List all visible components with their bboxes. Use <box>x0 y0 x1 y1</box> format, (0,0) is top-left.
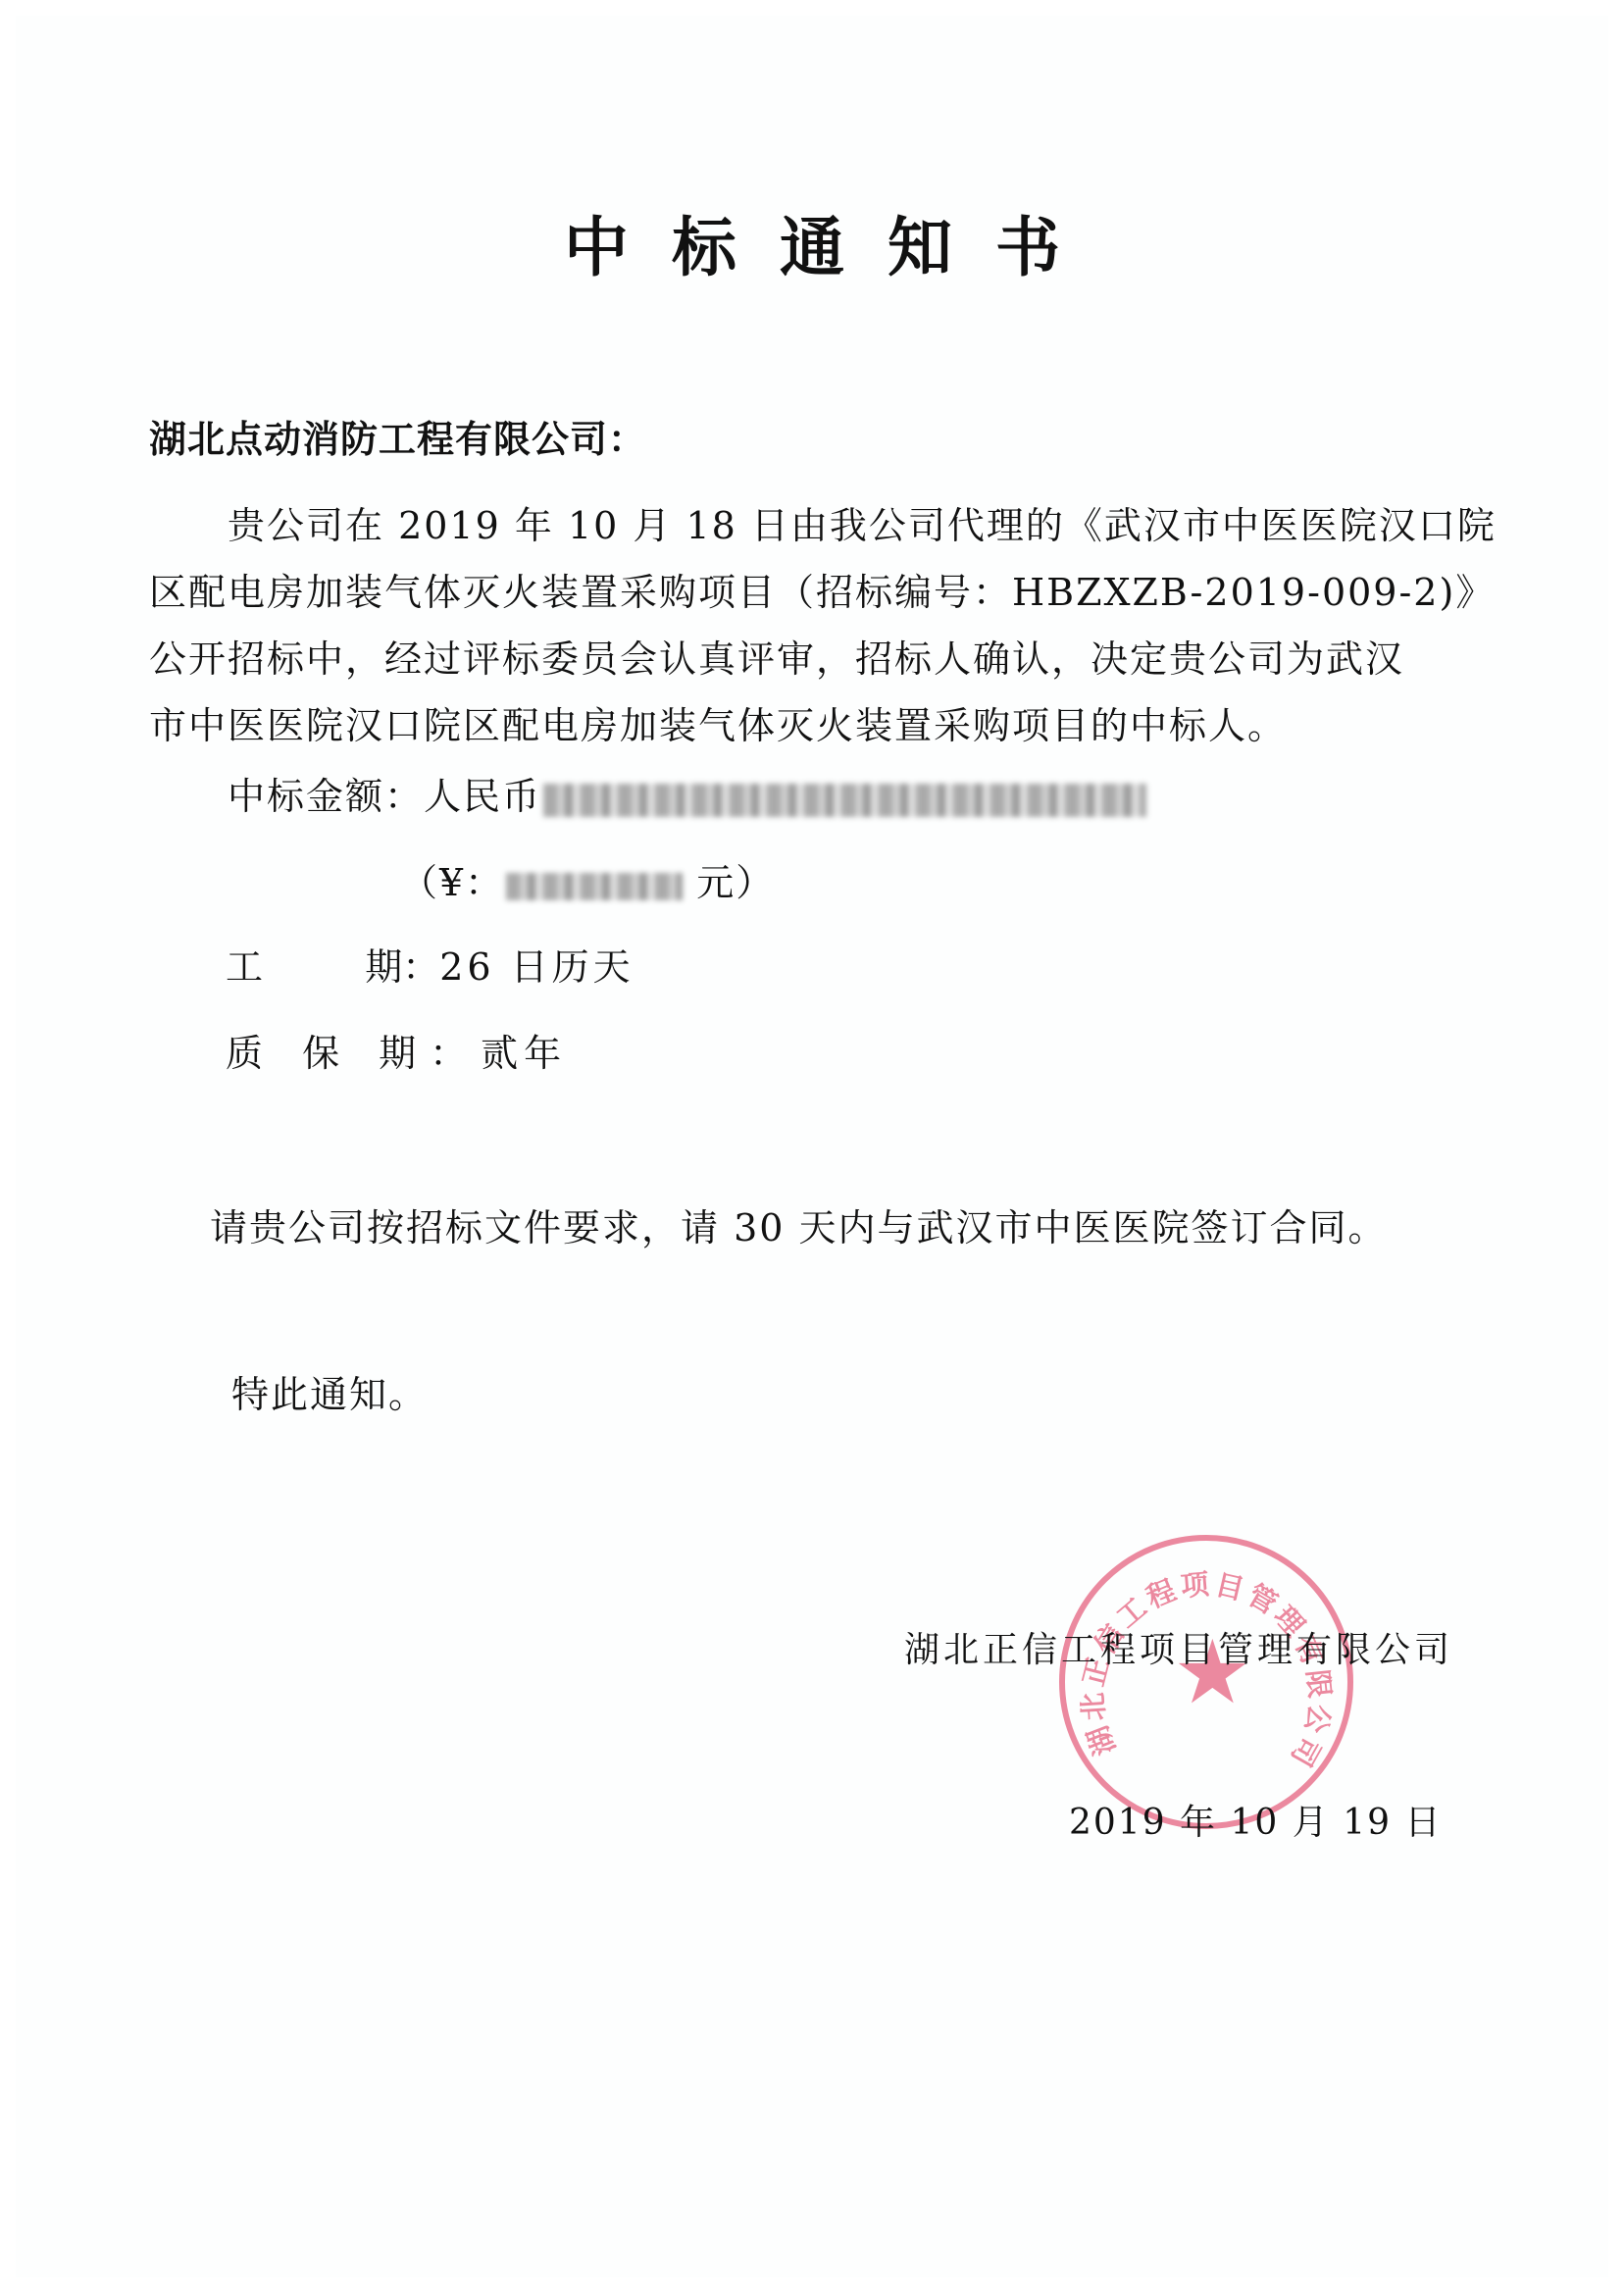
company-seal: 湖北正信工程项目管理有限公司 ★ <box>1059 1535 1353 1829</box>
document-page <box>16 16 1608 2277</box>
bid-amount-numeric-row: （¥： 元） <box>400 859 775 906</box>
closing-text: 特此通知。 <box>231 1371 428 1418</box>
contract-request: 请贵公司按招标文件要求，请 30 天内与武汉市中医医院签订合同。 <box>210 1204 1388 1251</box>
warranty-label: 质 保 期： <box>226 1032 481 1075</box>
duration-label-char-2: 期： <box>365 945 439 989</box>
duration-value: 26 日历天 <box>439 945 634 989</box>
bid-amount-numeric-redacted <box>506 873 683 900</box>
bid-amount-label: 中标金额：人民币 <box>228 775 541 818</box>
body-line-3: 公开招标中，经过评标委员会认真评审，招标人确认，决定贵公司为武汉 <box>149 636 1475 683</box>
document-title: 中标通知书 <box>0 208 1624 286</box>
bid-amount-redacted <box>543 784 1146 817</box>
warranty-row: 质 保 期：贰年 <box>226 1030 567 1077</box>
issue-date: 2019 年 10 月 19 日 <box>1069 1801 1442 1846</box>
duration-label-char-1: 工 <box>226 945 263 989</box>
body-line-1: 贵公司在 2019 年 10 月 18 日由我公司代理的《武汉市中医医院汉口院 <box>228 502 1553 549</box>
recipient-name: 湖北点动消防工程有限公司： <box>149 416 646 463</box>
warranty-value: 贰年 <box>481 1032 567 1075</box>
bid-amount-numeric-suffix: 元） <box>683 861 775 904</box>
body-line-2: 区配电房加装气体灭火装置采购项目（招标编号：HBZXZB-2019-009-2)… <box>149 569 1475 616</box>
bid-amount-row: 中标金额：人民币 <box>228 773 1146 820</box>
duration-row: 工 期：26 日历天 <box>226 943 634 991</box>
issuer-name: 湖北正信工程项目管理有限公司 <box>904 1628 1453 1673</box>
bid-amount-numeric-prefix: （¥： <box>400 861 504 904</box>
body-line-4: 市中医医院汉口院区配电房加装气体灭火装置采购项目的中标人。 <box>149 702 1475 749</box>
